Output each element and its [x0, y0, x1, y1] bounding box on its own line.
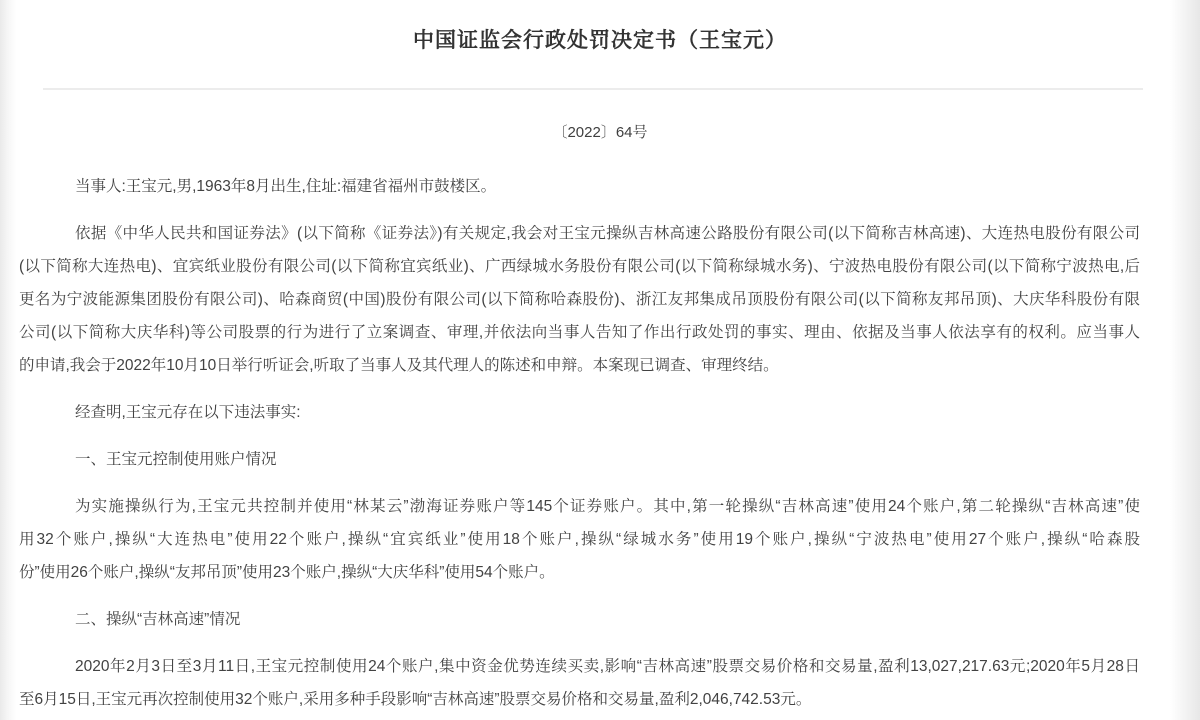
findings-intro-line-1: 经查明,王宝元存在以下违法事实:	[19, 396, 1140, 429]
case-basis-line-4: 公司(以下简称大庆华科)等公司股票的行为进行了立案调查、审理,并依法向当事人告知…	[19, 316, 1140, 349]
doc-number: 〔2022〕64号	[0, 116, 1200, 149]
case-basis-line-5: 的申请,我会于2022年10月10日举行听证会,听取了当事人及其代理人的陈述和申…	[19, 349, 1140, 382]
document-body: 当事人:王宝元,男,1963年8月出生,住址:福建省福州市鼓楼区。依据《中华人民…	[19, 170, 1140, 716]
section-1-heading: 一、王宝元控制使用账户情况	[19, 443, 1140, 476]
page: 中国证监会行政处罚决定书（王宝元） 〔2022〕64号 当事人:王宝元,男,19…	[0, 0, 1200, 720]
case-basis-line-1: 依据《中华人民共和国证券法》(以下简称《证券法》)有关规定,我会对王宝元操纵吉林…	[19, 217, 1140, 250]
section-2-heading-line-1: 二、操纵“吉林高速”情况	[19, 603, 1140, 636]
page-title: 中国证监会行政处罚决定书（王宝元）	[0, 0, 1200, 55]
party-info: 当事人:王宝元,男,1963年8月出生,住址:福建省福州市鼓楼区。	[19, 170, 1140, 203]
account-usage-line-1: 为实施操纵行为,王宝元共控制并使用“林某云”渤海证券账户等145个证券账户。其中…	[19, 490, 1140, 523]
section-2-heading: 二、操纵“吉林高速”情况	[19, 603, 1140, 636]
title-divider	[43, 88, 1143, 90]
case-basis-line-2: (以下简称大连热电)、宜宾纸业股份有限公司(以下简称宜宾纸业)、广西绿城水务股份…	[19, 250, 1140, 283]
party-info-line-1: 当事人:王宝元,男,1963年8月出生,住址:福建省福州市鼓楼区。	[19, 170, 1140, 203]
section-1-heading-line-1: 一、王宝元控制使用账户情况	[19, 443, 1140, 476]
account-usage-line-3: 份”使用26个账户,操纵“友邦吊顶”使用23个账户,操纵“大庆华科”使用54个账…	[19, 556, 1140, 589]
case-basis-line-3: 更名为宁波能源集团股份有限公司)、哈森商贸(中国)股份有限公司(以下简称哈森股份…	[19, 283, 1140, 316]
case-basis: 依据《中华人民共和国证券法》(以下简称《证券法》)有关规定,我会对王宝元操纵吉林…	[19, 217, 1140, 382]
left-edge-shade	[0, 0, 16, 720]
findings-intro: 经查明,王宝元存在以下违法事实:	[19, 396, 1140, 429]
jilin-manipulation: 2020年2月3日至3月11日,王宝元控制使用24个账户,集中资金优势连续买卖,…	[19, 650, 1140, 716]
right-edge-shade	[1170, 0, 1200, 720]
account-usage: 为实施操纵行为,王宝元共控制并使用“林某云”渤海证券账户等145个证券账户。其中…	[19, 490, 1140, 589]
jilin-manipulation-line-1: 2020年2月3日至3月11日,王宝元控制使用24个账户,集中资金优势连续买卖,…	[19, 650, 1140, 683]
jilin-manipulation-line-2: 至6月15日,王宝元再次控制使用32个账户,采用多种手段影响“吉林高速”股票交易…	[19, 683, 1140, 716]
account-usage-line-2: 用32个账户,操纵“大连热电”使用22个账户,操纵“宜宾纸业”使用18个账户,操…	[19, 523, 1140, 556]
